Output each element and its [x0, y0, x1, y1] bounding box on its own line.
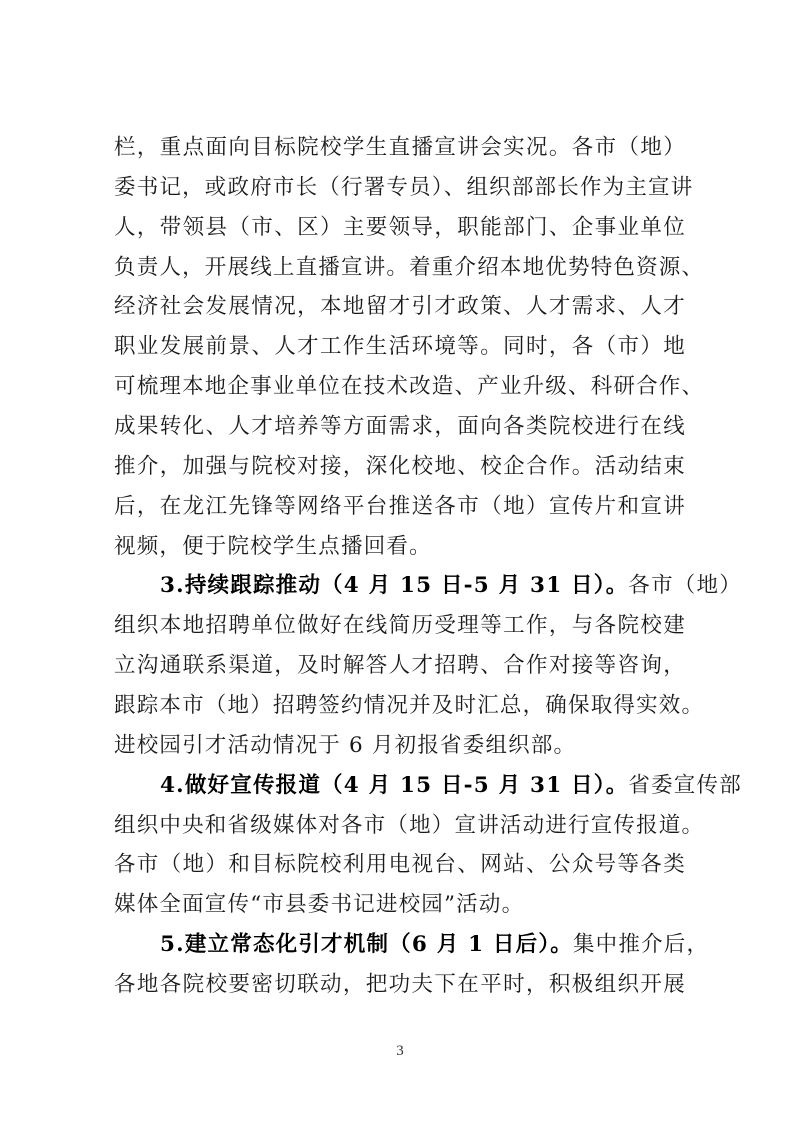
- section-heading-3: 3.持续跟踪推动（4 月 15 日-5 月 31 日）。: [160, 573, 628, 598]
- text-line: 组织中央和省级媒体对各市（地）宣讲活动进行宣传报道。: [114, 806, 686, 846]
- text-line: 栏，重点面向目标院校学生直播宣讲会实况。各市（地）: [114, 128, 686, 168]
- section-heading-4: 4.做好宣传报道（4 月 15 日-5 月 31 日）。: [160, 773, 628, 798]
- text-line: 委书记，或政府市长（行署专员）、组织部部长作为主宣讲: [114, 168, 686, 208]
- text-line: 各市（地）和目标院校利用电视台、网站、公众号等各类: [114, 845, 686, 885]
- section-heading-line: 5.建立常态化引才机制（6 月 1 日后）。集中推介后，: [114, 925, 686, 965]
- text-line: 人，带领县（市、区）主要领导，职能部门、企事业单位: [114, 208, 686, 248]
- text-line: 成果转化、人才培养等方面需求，面向各类院校进行在线: [114, 407, 686, 447]
- text-line: 各地各院校要密切联动，把功夫下在平时，积极组织开展: [114, 965, 686, 1005]
- text-line: 立沟通联系渠道，及时解答人才招聘、合作对接等咨询，: [114, 646, 686, 686]
- section-heading-line: 4.做好宣传报道（4 月 15 日-5 月 31 日）。省委宣传部: [114, 766, 686, 806]
- text-line: 跟踪本市（地）招聘签约情况并及时汇总，确保取得实效。: [114, 686, 686, 726]
- section-heading-5: 5.建立常态化引才机制（6 月 1 日后）。: [160, 932, 573, 957]
- page-number: 3: [0, 1043, 800, 1060]
- section-heading-line: 3.持续跟踪推动（4 月 15 日-5 月 31 日）。各市（地）: [114, 566, 686, 606]
- heading-rest-text: 各市（地）: [628, 573, 742, 598]
- text-line: 进校园引才活动情况于 6 月初报省委组织部。: [114, 726, 686, 766]
- paragraph-tracking: 3.持续跟踪推动（4 月 15 日-5 月 31 日）。各市（地） 组织本地招聘…: [114, 566, 686, 765]
- document-page: 栏，重点面向目标院校学生直播宣讲会实况。各市（地） 委书记，或政府市长（行署专员…: [0, 0, 800, 1131]
- paragraph-publicity: 4.做好宣传报道（4 月 15 日-5 月 31 日）。省委宣传部 组织中央和省…: [114, 766, 686, 925]
- text-line: 媒体全面宣传“市县委书记进校园”活动。: [114, 885, 686, 925]
- paragraph-livestream: 栏，重点面向目标院校学生直播宣讲会实况。各市（地） 委书记，或政府市长（行署专员…: [114, 128, 686, 566]
- text-line: 后，在龙江先锋等网络平台推送各市（地）宣传片和宣讲: [114, 487, 686, 527]
- text-line: 组织本地招聘单位做好在线简历受理等工作，与各院校建: [114, 606, 686, 646]
- text-line: 经济社会发展情况，本地留才引才政策、人才需求、人才: [114, 287, 686, 327]
- text-line: 视频，便于院校学生点播回看。: [114, 527, 686, 567]
- text-line: 推介，加强与院校对接，深化校地、校企合作。活动结束: [114, 447, 686, 487]
- document-body: 栏，重点面向目标院校学生直播宣讲会实况。各市（地） 委书记，或政府市长（行署专员…: [114, 128, 686, 1005]
- text-line: 可梳理本地企事业单位在技术改造、产业升级、科研合作、: [114, 367, 686, 407]
- heading-rest-text: 省委宣传部: [628, 773, 742, 798]
- paragraph-mechanism: 5.建立常态化引才机制（6 月 1 日后）。集中推介后， 各地各院校要密切联动，…: [114, 925, 686, 1005]
- text-line: 负责人，开展线上直播宣讲。着重介绍本地优势特色资源、: [114, 248, 686, 288]
- heading-rest-text: 集中推介后，: [573, 932, 709, 957]
- text-line: 职业发展前景、人才工作生活环境等。同时，各（市）地: [114, 327, 686, 367]
